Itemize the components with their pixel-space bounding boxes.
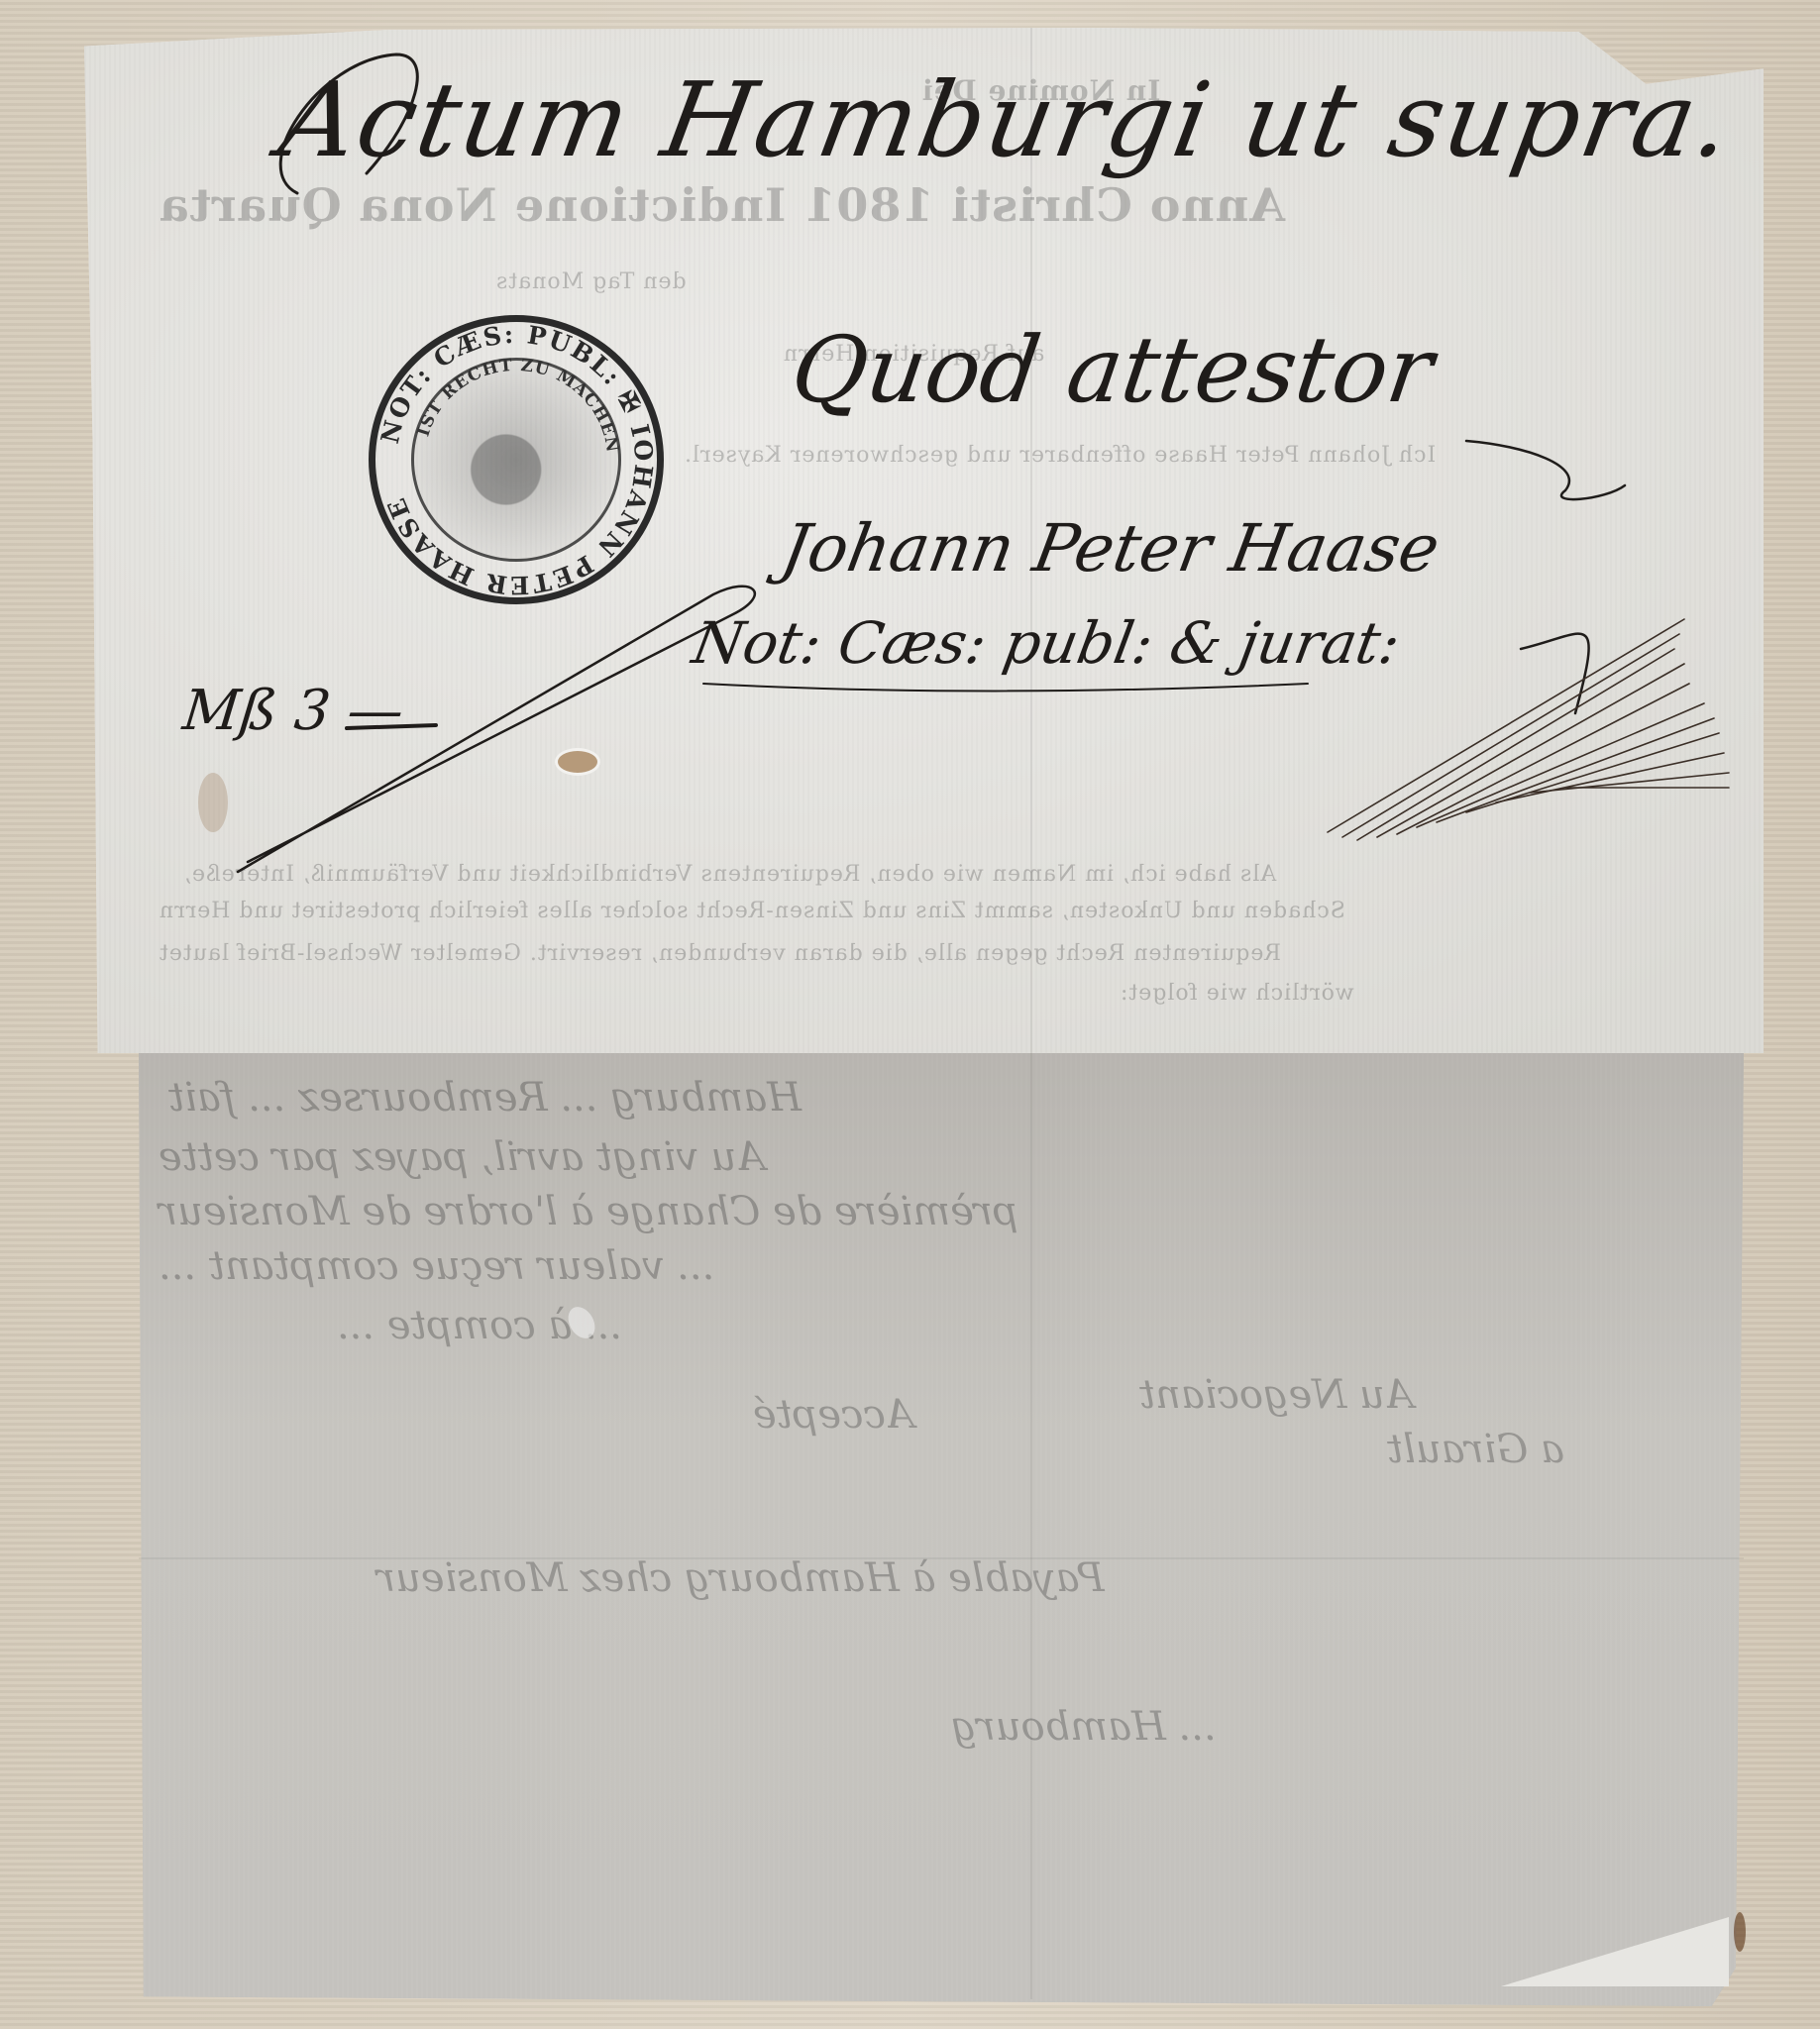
document-photo: In Nomine Dei Anno Christi 1801 Indictio… (0, 0, 1820, 2029)
pen-flourish-icon (0, 0, 1820, 2029)
